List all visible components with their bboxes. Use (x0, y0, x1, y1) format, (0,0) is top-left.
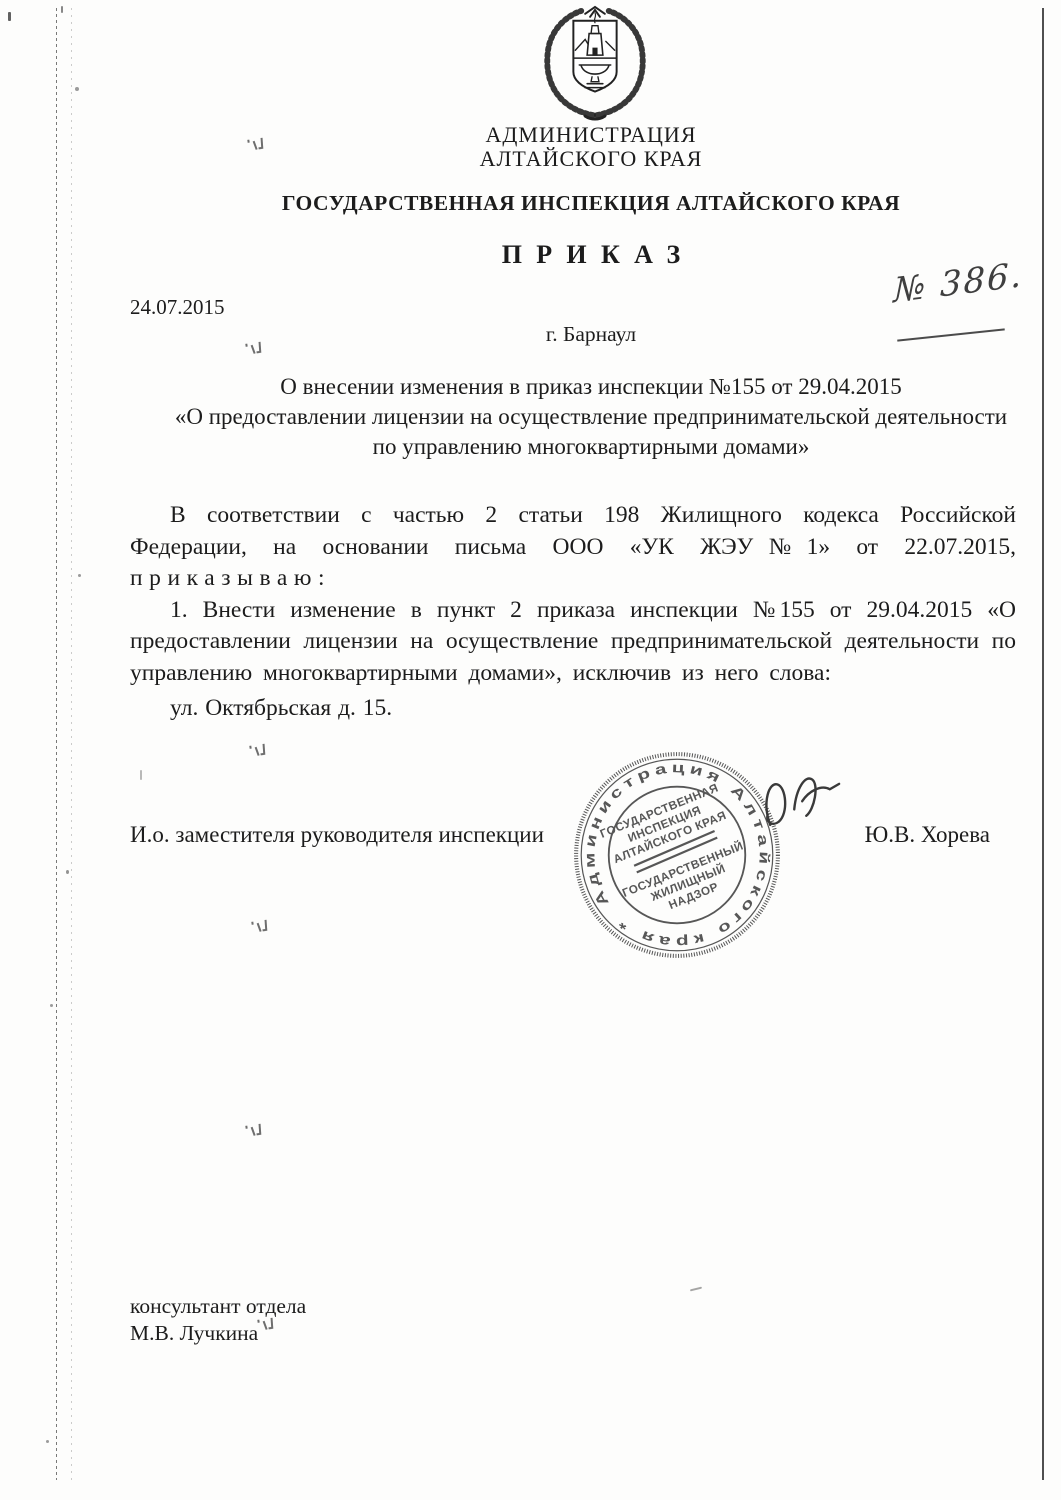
footer-executor: консультант отдела М.В. Лучкина (130, 1293, 306, 1347)
scan-artifact (140, 770, 142, 780)
scan-artifact (61, 6, 63, 13)
city-line: г. Барнаул (125, 322, 1057, 347)
scan-line-left (56, 8, 57, 1480)
org-name-line2: АЛТАЙСКОГО КРАЯ (125, 146, 1057, 172)
order-title: О внесении изменения в приказ инспекции … (125, 372, 1057, 462)
consultant-name: М.В. Лучкина (130, 1320, 306, 1347)
document-date: 24.07.2015 (130, 295, 225, 320)
scan-artifact (8, 12, 11, 21)
inspection-name: ГОСУДАРСТВЕННАЯ ИНСПЕКЦИЯ АЛТАЙСКОГО КРА… (125, 191, 1057, 216)
scan-artifact (690, 1287, 702, 1292)
order-title-line2: «О предоставлении лицензии на осуществле… (125, 402, 1057, 432)
scan-line-left-faint (71, 8, 72, 1480)
scan-artifact (46, 1440, 49, 1443)
order-body: В соответствии с частью 2 статьи 198 Жил… (130, 500, 1016, 725)
order-verb: приказываю: (130, 565, 331, 591)
altai-krai-coat-of-arms-icon (536, 5, 654, 123)
scanned-order-document: АДМИНИСТРАЦИЯ АЛТАЙСКОГО КРАЯ ГОСУДАРСТВ… (0, 0, 1061, 1500)
scan-smudge (251, 916, 279, 935)
scan-artifact (75, 87, 79, 91)
signature-row: И.о. заместителя руководителя инспекции … (130, 822, 990, 848)
document-type-heading: ПРИКАЗ (125, 240, 1057, 270)
paragraph-preamble: В соответствии с частью 2 статьи 198 Жил… (130, 500, 1016, 595)
signer-name: Ю.В. Хорева (865, 822, 990, 848)
scan-artifact (78, 574, 81, 577)
order-title-line3: по управлению многоквартирными домами» (125, 432, 1057, 462)
scan-artifact (50, 1004, 53, 1007)
org-name-line1: АДМИНИСТРАЦИЯ (125, 122, 1057, 148)
signer-position: И.о. заместителя руководителя инспекции (130, 822, 544, 848)
scan-artifact (66, 870, 69, 874)
excluded-words-line: ул. Октябрьская д. 15. (130, 693, 1016, 725)
order-title-line1: О внесении изменения в приказ инспекции … (125, 372, 1057, 402)
paragraph-item-1: 1. Внести изменение в пункт 2 приказа ин… (130, 595, 1016, 690)
scan-smudge (249, 740, 277, 759)
scan-smudge (245, 1120, 273, 1139)
consultant-title: консультант отдела (130, 1293, 306, 1320)
preamble-text: В соответствии с частью 2 статьи 198 Жил… (130, 502, 1016, 560)
official-round-stamp: Администрация Алтайского края * ГОСУДАРС… (570, 748, 784, 962)
scan-line-right (1042, 8, 1044, 1480)
